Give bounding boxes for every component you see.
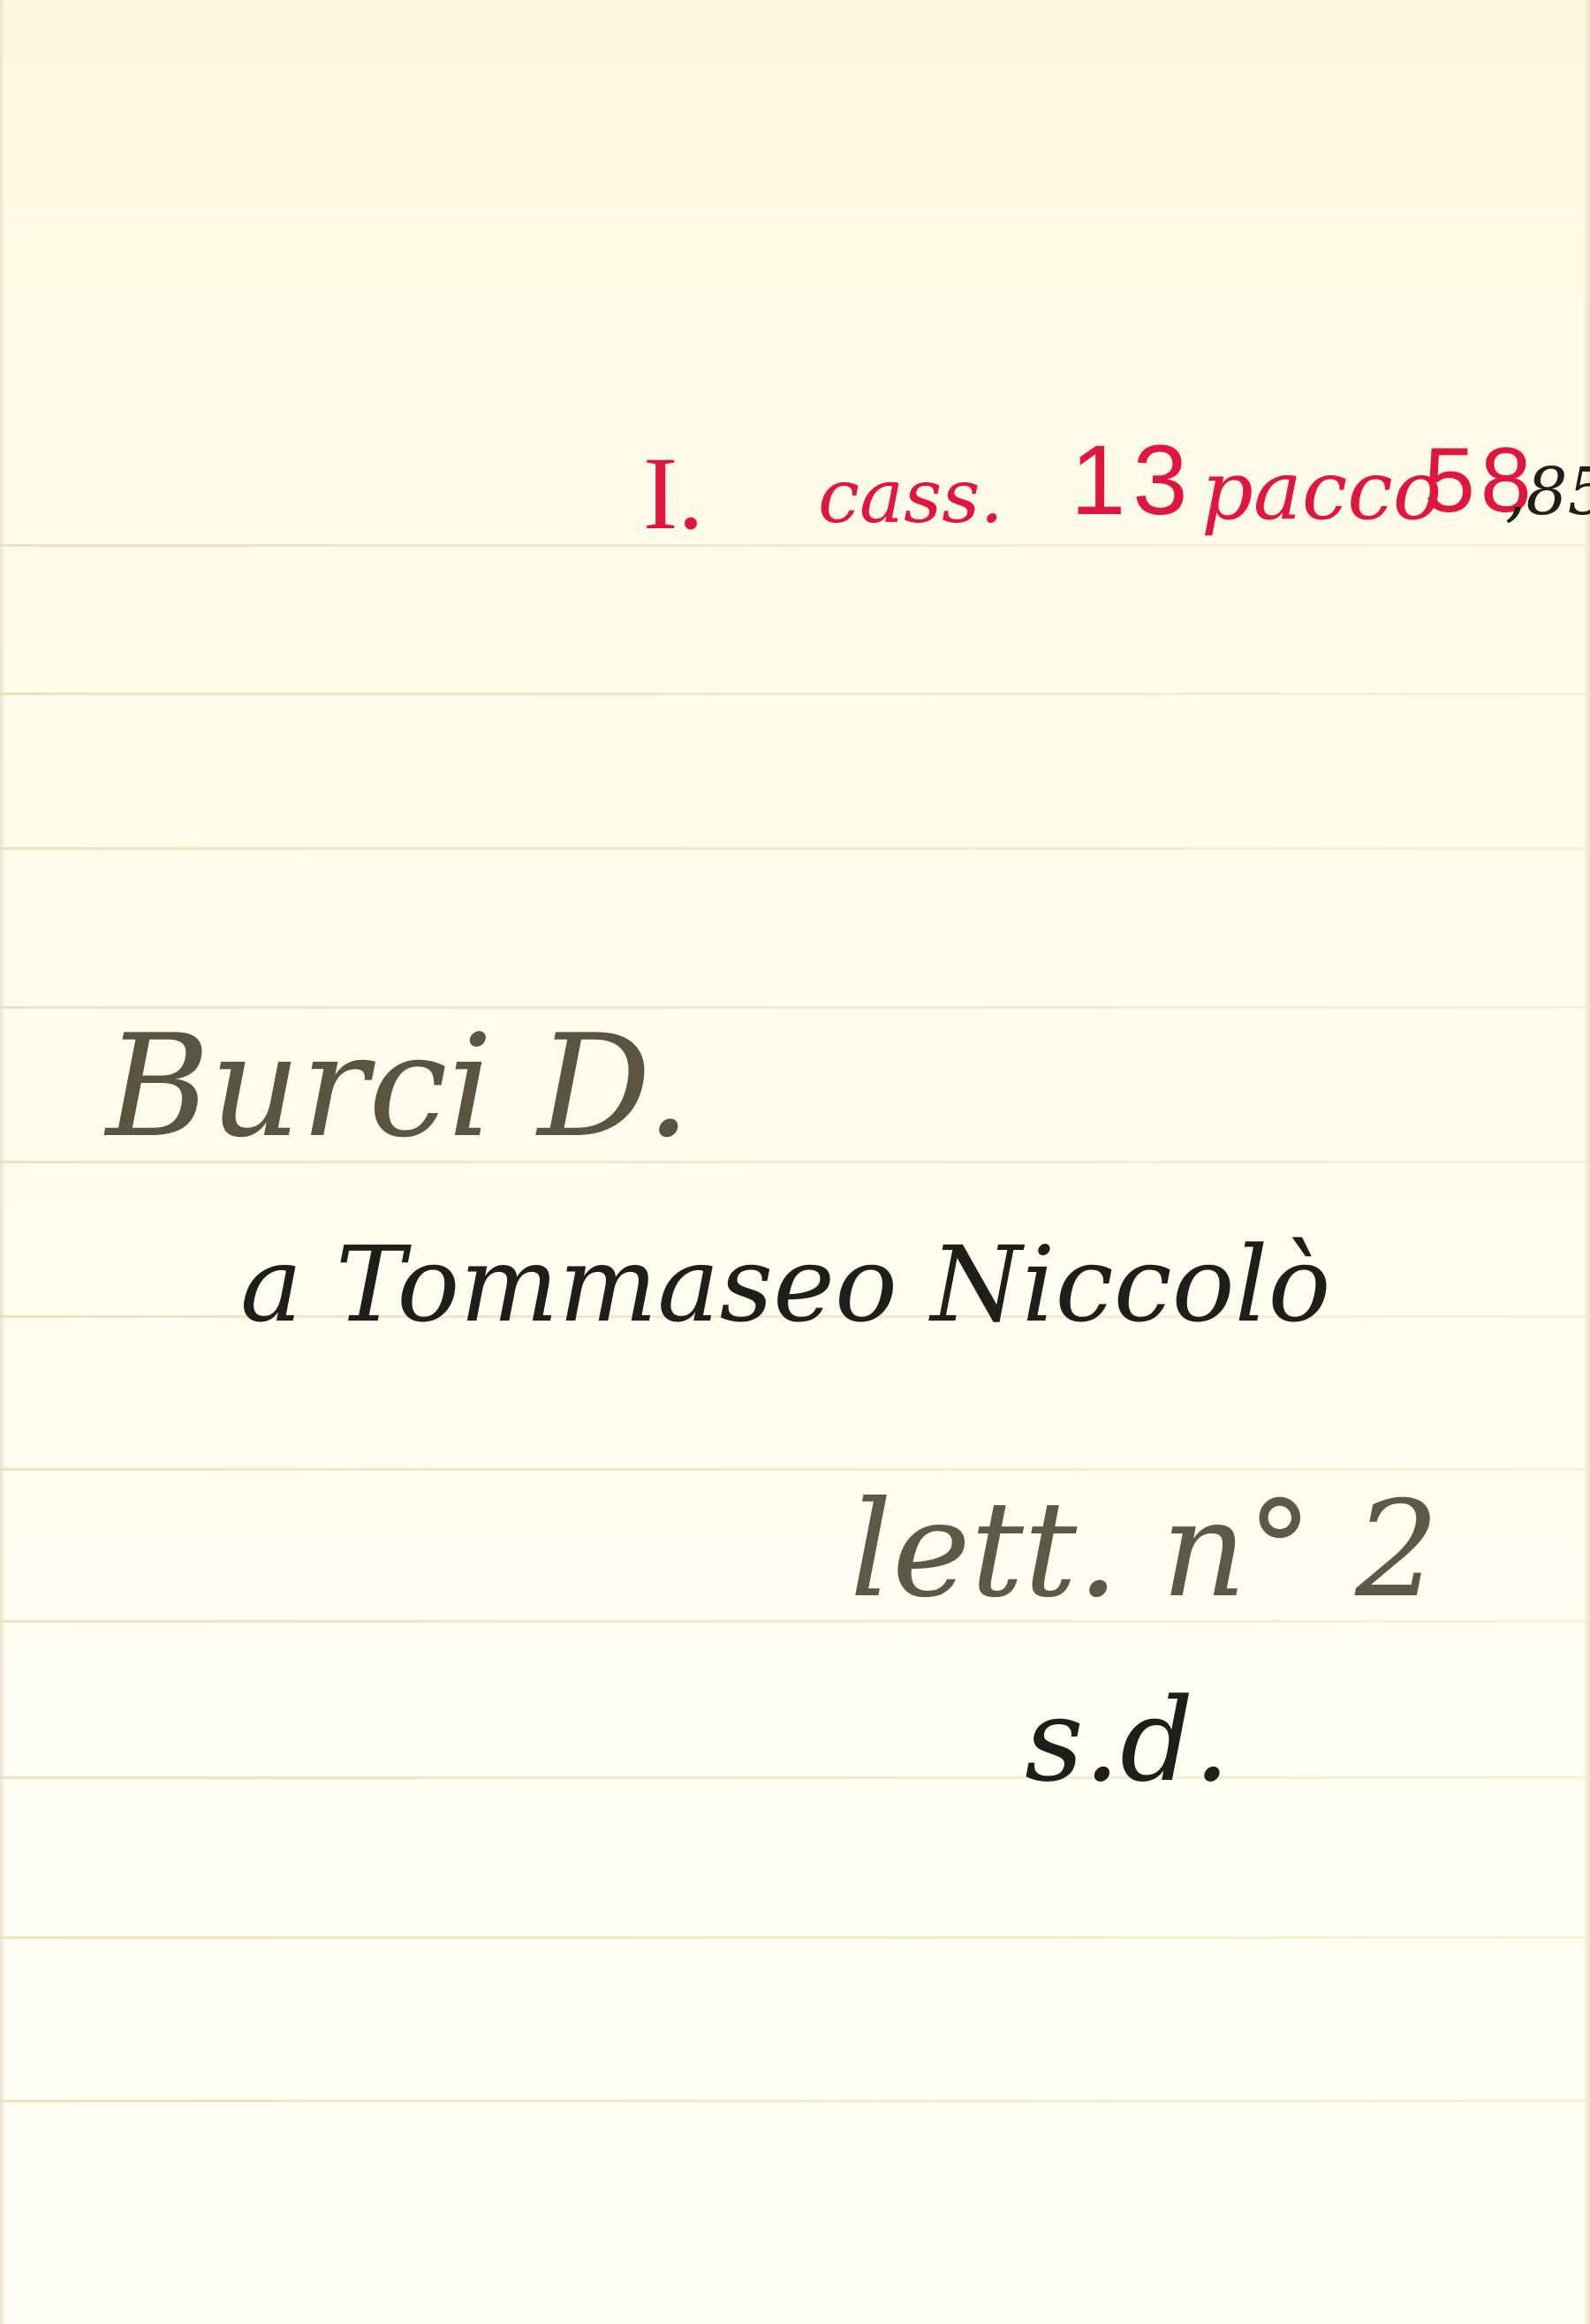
shelf-mark-suffix: ,85 <box>1505 459 1590 525</box>
ruled-line <box>0 1936 1590 1939</box>
ruled-line <box>0 847 1590 850</box>
ruled-line <box>0 1776 1590 1779</box>
shelf-mark-prefix: I. <box>643 442 704 546</box>
archival-index-card: I. cass. 13 pacco 58 ,85 Burci D. a Tomm… <box>0 0 1590 2324</box>
shelf-mark-cass-label: cass. <box>818 459 1003 534</box>
ruled-line <box>0 1468 1590 1471</box>
shelf-mark-pacco-label: pacco <box>1201 450 1442 532</box>
ruled-line <box>0 2100 1590 2102</box>
ruled-line <box>0 693 1590 695</box>
recipient: a Tommaseo Niccolò <box>240 1232 1331 1336</box>
author-name: Burci D. <box>106 1016 691 1157</box>
ruled-line <box>0 544 1590 547</box>
shelf-mark-cass-number: 13 <box>1071 431 1195 530</box>
letter-count: lett. n° 2 <box>850 1484 1439 1616</box>
date-note: s.d. <box>1025 1683 1230 1798</box>
